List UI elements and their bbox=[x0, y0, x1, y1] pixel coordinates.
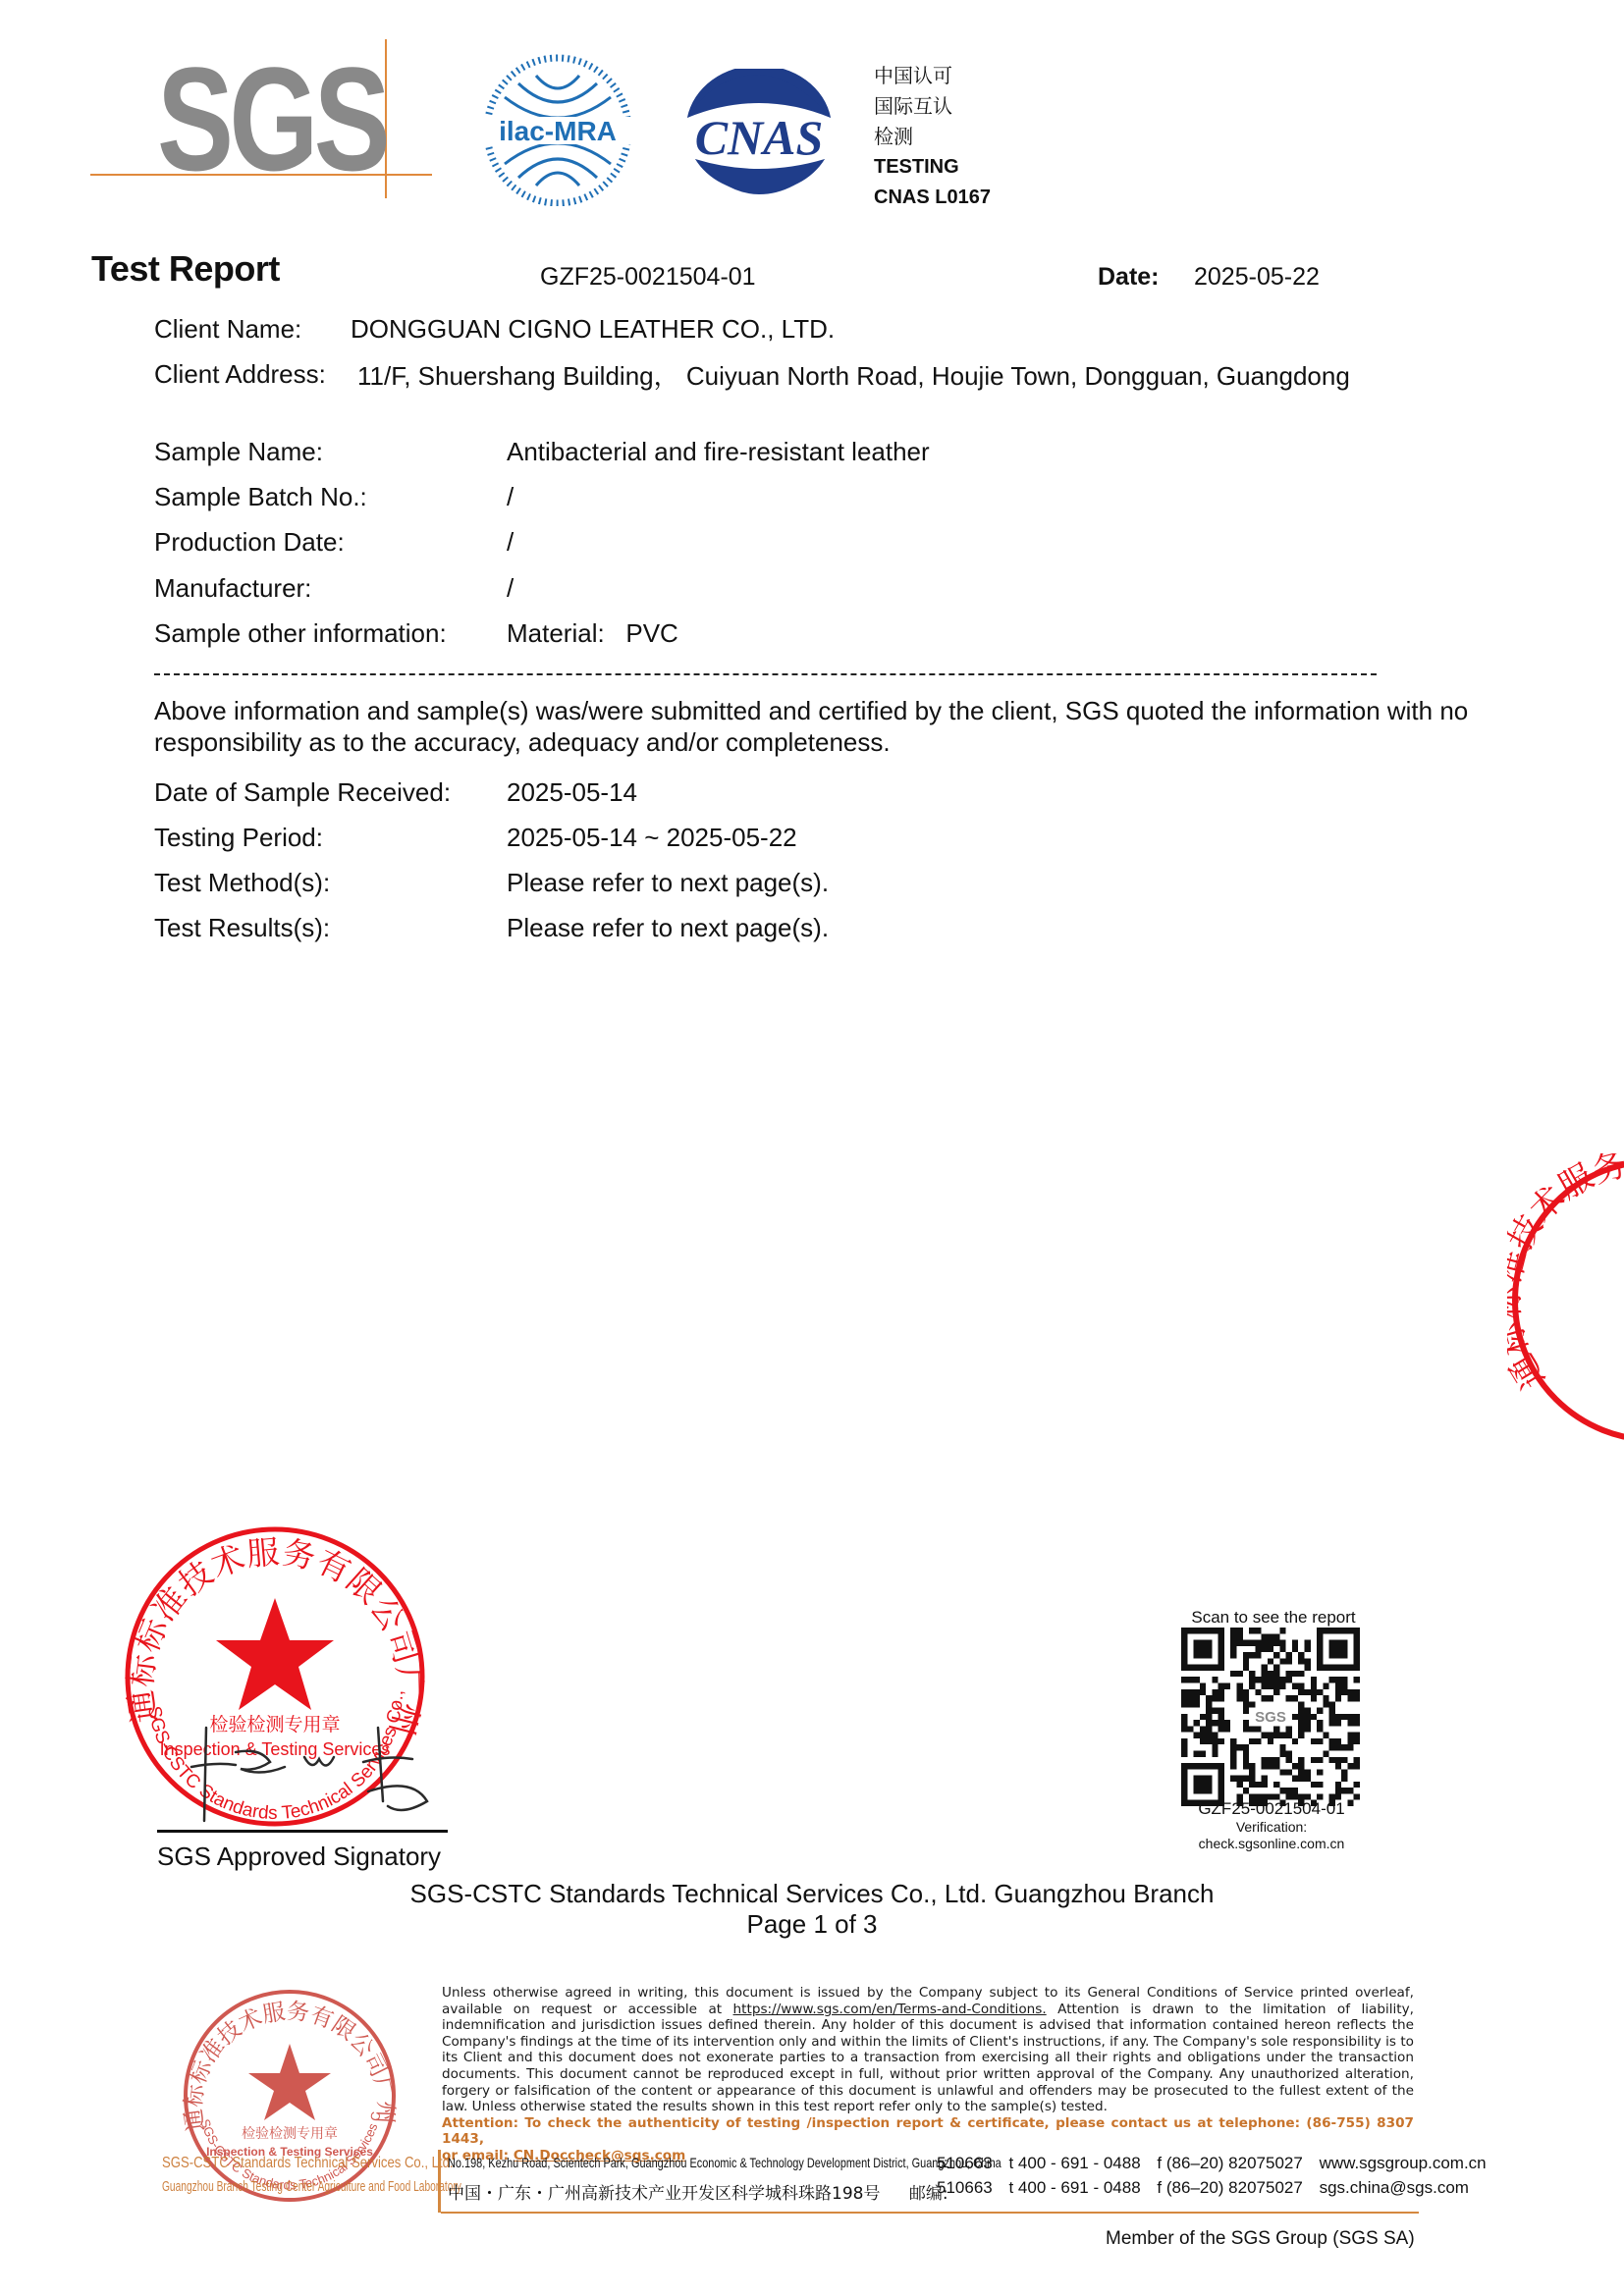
qr-report-id: GZF25-0021504-01 bbox=[1159, 1799, 1384, 1819]
verification-url[interactable]: check.sgsonline.com.cn bbox=[1159, 1836, 1384, 1852]
footer-stamp: 通标标准技术服务有限公司广州分公司 SGS-CSTC Standards Tec… bbox=[177, 1983, 403, 2209]
ilac-logo-text: ilac-MRA bbox=[499, 116, 617, 146]
sample-name-value: Antibacterial and fire-resistant leather bbox=[507, 437, 930, 466]
client-name-value: DONGGUAN CIGNO LEATHER CO., LTD. bbox=[351, 314, 835, 344]
signatory-label: SGS Approved Signatory bbox=[157, 1842, 441, 1872]
page-title: Test Report bbox=[91, 248, 280, 290]
disclaimer-text: Above information and sample(s) was/were… bbox=[154, 695, 1470, 758]
legal-terms: Unless otherwise agreed in writing, this… bbox=[442, 1985, 1414, 2164]
manufacturer-label: Manufacturer: bbox=[154, 573, 311, 603]
dashed-divider bbox=[154, 673, 1377, 675]
cnas-line-1: 中国认可 bbox=[874, 61, 991, 91]
lab-name-line-1: SGS-CSTC Standards Technical Services Co… bbox=[162, 2155, 454, 2172]
cnas-line-2: 国际互认 bbox=[874, 91, 991, 122]
client-address-label: Client Address: bbox=[154, 359, 326, 389]
footer-divider-vertical bbox=[438, 2150, 441, 2213]
qr-center-logo: SGS bbox=[1255, 1709, 1286, 1726]
sample-batch-label: Sample Batch No.: bbox=[154, 482, 367, 511]
sample-other-value: Material: PVC bbox=[507, 618, 678, 648]
svg-text:检验检测专用章: 检验检测专用章 bbox=[242, 2125, 338, 2142]
address-chinese: 中国・广东・广州高新技术产业开发区科学城科珠路198号 邮编: bbox=[448, 2179, 948, 2204]
sample-other-label: Sample other information: bbox=[154, 618, 447, 648]
sample-received-label: Date of Sample Received: bbox=[154, 777, 451, 807]
sample-received-value: 2025-05-14 bbox=[507, 777, 637, 807]
address-english: No.198, Kezhu Road, Scientech Park, Guan… bbox=[448, 2155, 1001, 2170]
handwritten-signature bbox=[177, 1708, 452, 1826]
website-link[interactable]: www.sgsgroup.com.cn bbox=[1320, 2154, 1487, 2172]
date-value: 2025-05-22 bbox=[1194, 263, 1320, 292]
testing-period-value: 2025-05-14 ~ 2025-05-22 bbox=[507, 823, 797, 852]
terms-link[interactable]: https://www.sgs.com/en/Terms-and-Conditi… bbox=[733, 2002, 1047, 2017]
ilac-mra-logo: ilac-MRA bbox=[479, 54, 636, 206]
client-name-label: Client Name: bbox=[154, 314, 301, 344]
test-methods-label: Test Method(s): bbox=[154, 868, 330, 897]
manufacturer-value: / bbox=[507, 573, 514, 603]
client-address-value: 11/F, Shuershang Building， Cuiyuan North… bbox=[357, 361, 1350, 391]
production-date-value: / bbox=[507, 527, 514, 557]
cnas-logo-text: CNAS bbox=[695, 110, 824, 165]
cnas-line-4: TESTING bbox=[874, 152, 991, 183]
footer-divider-horizontal bbox=[441, 2212, 1419, 2214]
svg-text:通标标准技术服务有限公司广州分公司: 通标标准技术服务有限公司广州分公司 bbox=[1507, 1153, 1624, 1396]
qr-code[interactable]: SGS bbox=[1181, 1628, 1360, 1806]
company-name: SGS-CSTC Standards Technical Services Co… bbox=[0, 1879, 1624, 1909]
official-stamp-partial: 通标标准技术服务有限公司广州分公司 bbox=[1507, 1153, 1624, 1448]
star-icon bbox=[248, 2044, 331, 2120]
sample-name-label: Sample Name: bbox=[154, 437, 323, 466]
date-label: Date: bbox=[1098, 263, 1160, 292]
test-results-value: Please refer to next page(s). bbox=[507, 913, 829, 942]
sgs-group-membership: Member of the SGS Group (SGS SA) bbox=[1106, 2228, 1415, 2250]
testing-period-label: Testing Period: bbox=[154, 823, 323, 852]
contact-row-2: 510663 t 400 - 691 - 0488 f (86–20) 8207… bbox=[937, 2178, 1469, 2198]
verification-label: Verification: bbox=[1159, 1819, 1384, 1836]
page-number: Page 1 of 3 bbox=[0, 1909, 1624, 1940]
email-link[interactable]: sgs.china@sgs.com bbox=[1320, 2178, 1469, 2197]
production-date-label: Production Date: bbox=[154, 527, 345, 557]
star-icon bbox=[216, 1598, 334, 1710]
cnas-logo: CNAS bbox=[668, 69, 850, 198]
cnas-line-5: CNAS L0167 bbox=[874, 183, 991, 213]
contact-row-1: 510663 t 400 - 691 - 0488 f (86–20) 8207… bbox=[937, 2154, 1487, 2173]
sgs-logo-text: SGS bbox=[157, 45, 386, 192]
qr-caption: Scan to see the report bbox=[1180, 1608, 1367, 1628]
qr-verification: Verification: check.sgsonline.com.cn bbox=[1159, 1819, 1384, 1852]
signature-line bbox=[157, 1830, 448, 1833]
cnas-accreditation-text: 中国认可 国际互认 检测 TESTING CNAS L0167 bbox=[874, 61, 991, 213]
report-number: GZF25-0021504-01 bbox=[540, 263, 756, 292]
test-results-label: Test Results(s): bbox=[154, 913, 330, 942]
sample-batch-value: / bbox=[507, 482, 514, 511]
lab-name-line-2: Guangzhou Branch Testing Center Agricult… bbox=[162, 2178, 463, 2195]
sgs-logo: SGS bbox=[90, 39, 444, 196]
cnas-line-3: 检测 bbox=[874, 122, 991, 152]
test-methods-value: Please refer to next page(s). bbox=[507, 868, 829, 897]
